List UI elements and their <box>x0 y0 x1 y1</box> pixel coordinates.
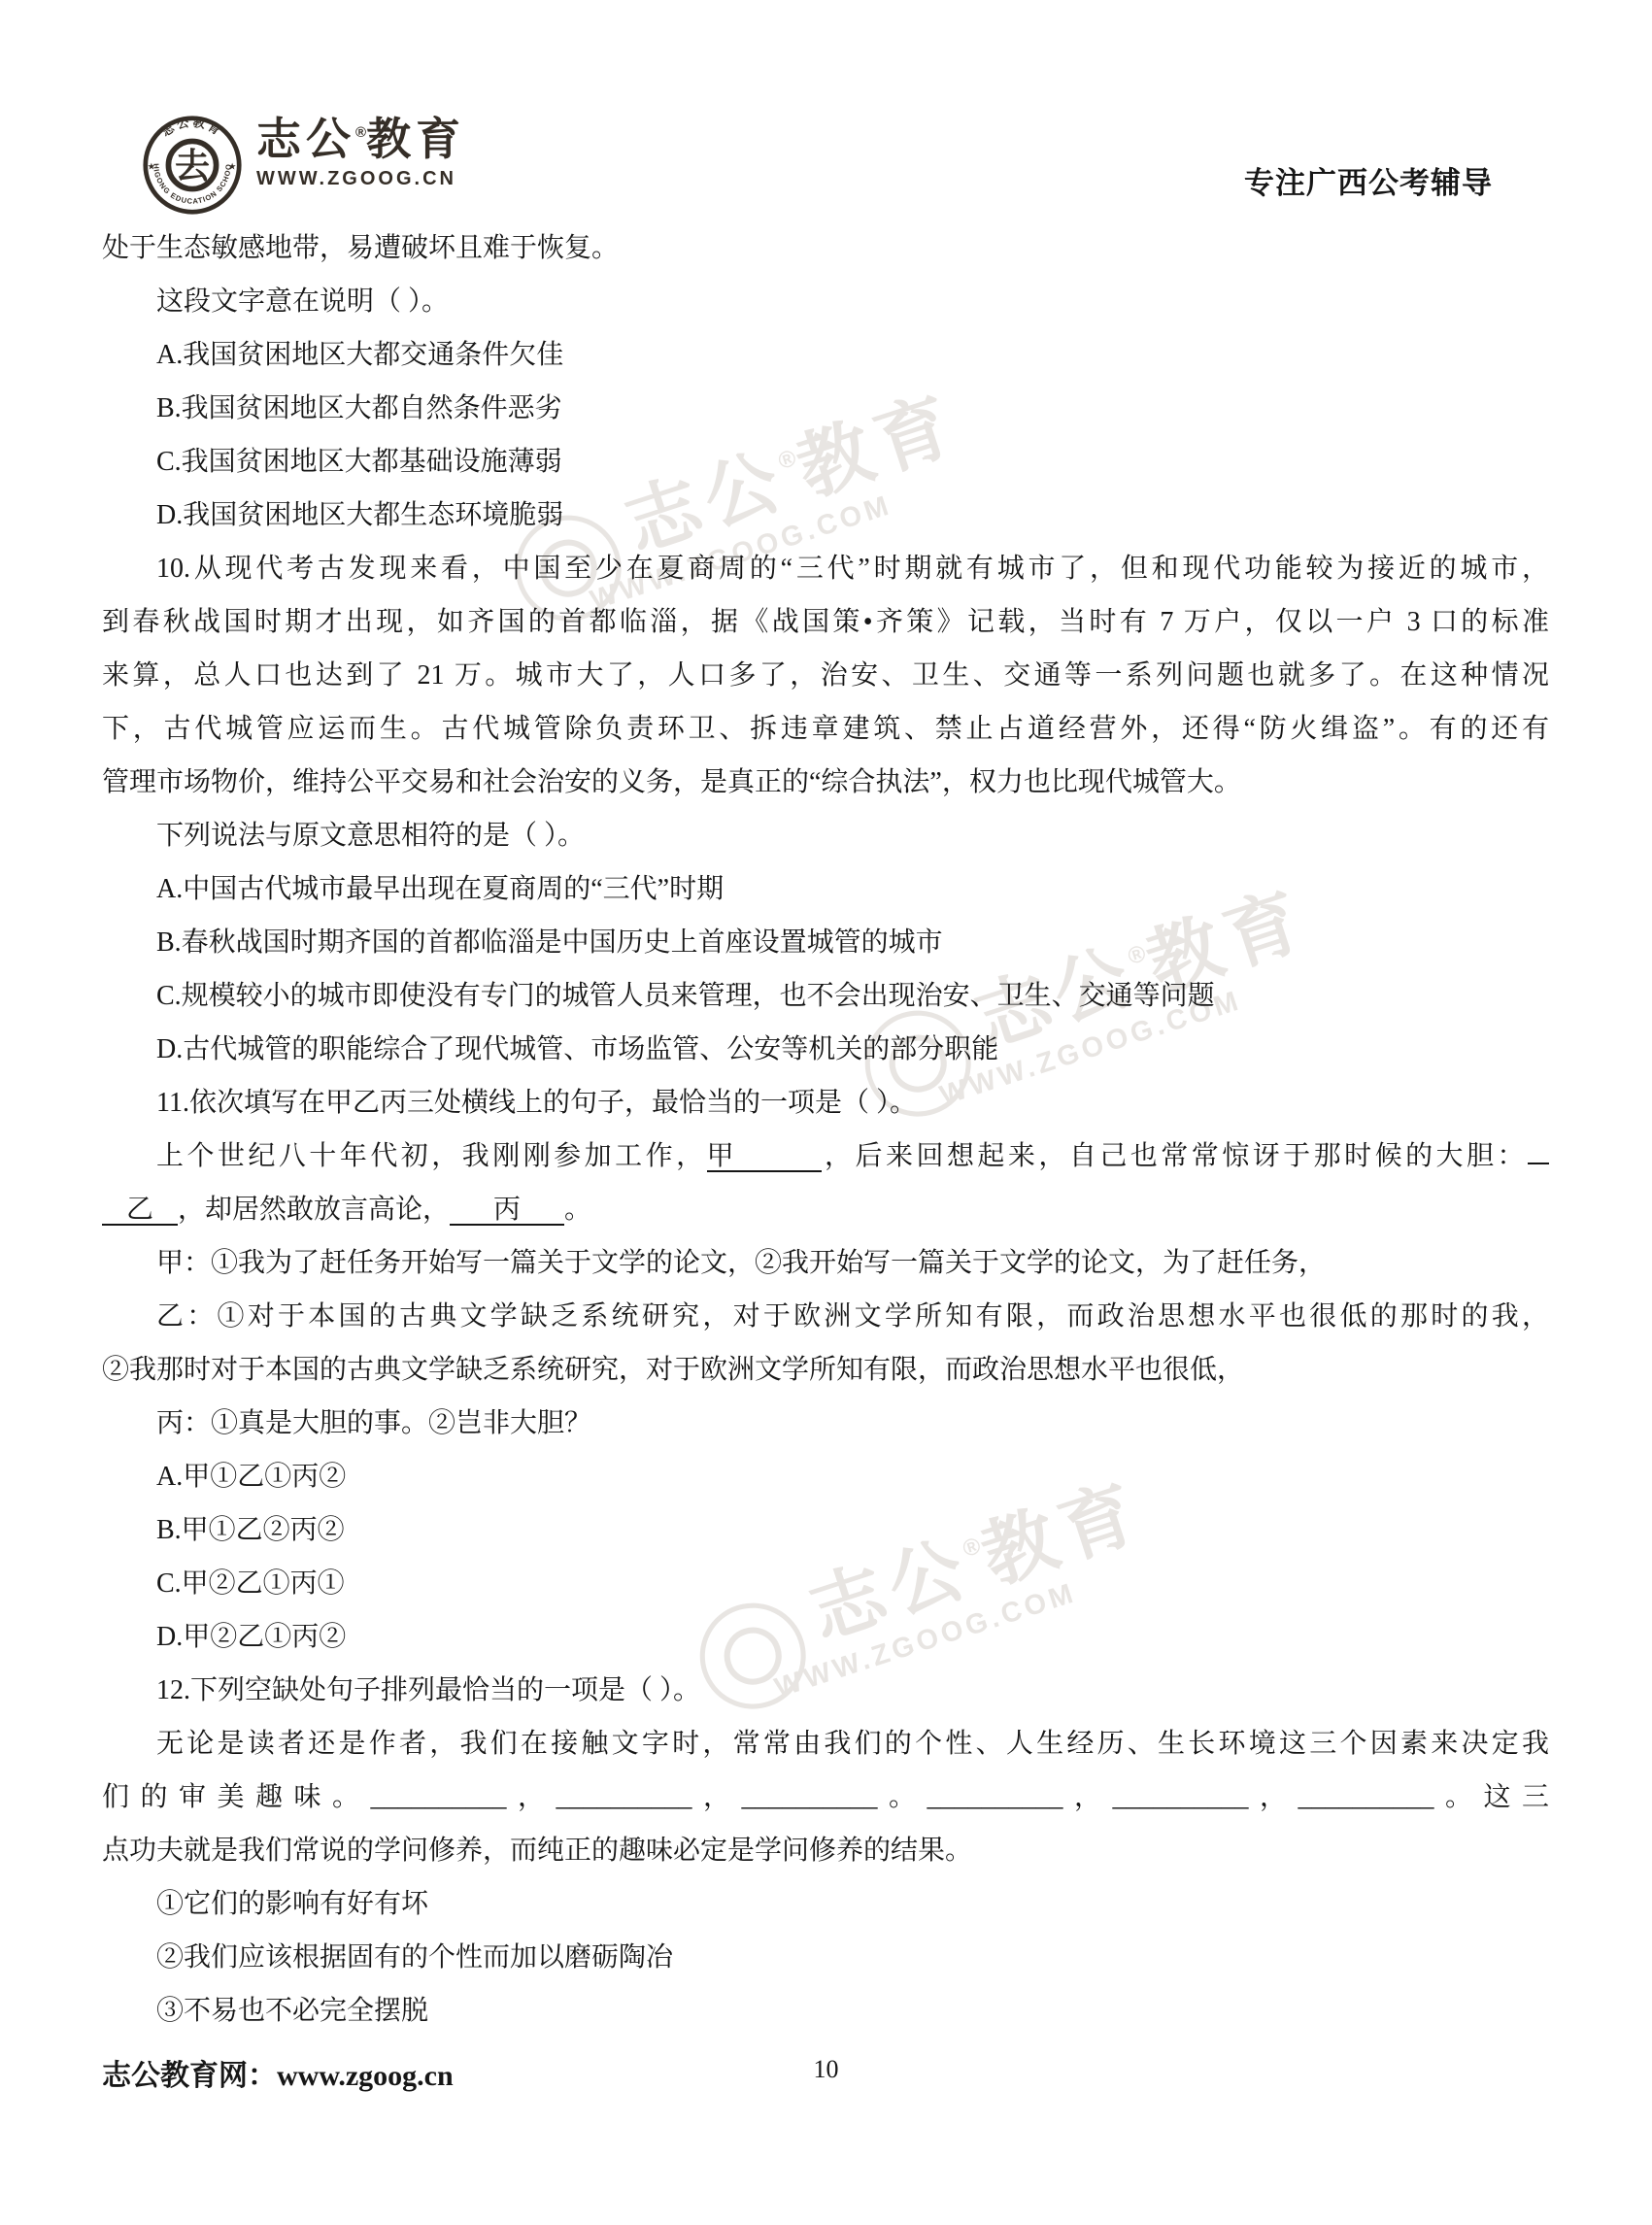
text-line: 10.从现代考古发现来看，中国至少在夏商周的“三代”时期就有城市了，但和现代功能… <box>102 542 1549 595</box>
body-lines: 处于生态敏感地带，易遭破坏且难于恢复。这段文字意在说明（ ）。A.我国贫困地区大… <box>102 221 1549 2038</box>
seal-star-icon: ★ <box>228 163 236 173</box>
text-line: A.我国贫困地区大都交通条件欠佳 <box>102 328 1549 382</box>
blank-underline: 乙 <box>102 1196 178 1226</box>
text-line: 无论是读者还是作者，我们在接触文字时，常常由我们的个性、人生经历、生长环境这三个… <box>102 1717 1549 1770</box>
brand-seal-icon: 志公教育 ZHIGONG EDUCATION SCHOOL ★ ★ 去 <box>142 115 243 216</box>
text-line: 下，古代城管应运而生。古代城管除负责环卫、拆违章建筑、禁止占道经营外，还得“防火… <box>102 702 1549 756</box>
text-line: 甲：①我为了赶任务开始写一篇关于文学的论文，②我开始写一篇关于文学的论文，为了赶… <box>102 1236 1549 1290</box>
blank-underline <box>1528 1163 1549 1164</box>
text-line: C.甲②乙①丙① <box>102 1557 1549 1610</box>
text-line: ③不易也不必完全摆脱 <box>102 1984 1549 2038</box>
text-line: 丙：①真是大胆的事。②岂非大胆？ <box>102 1397 1549 1450</box>
text-line: C.我国贫困地区大都基础设施薄弱 <box>102 435 1549 489</box>
text-line: D.甲②乙①丙② <box>102 1610 1549 1664</box>
text-line: 到春秋战国时期才出现，如齐国的首都临淄，据《战国策•齐策》记载，当时有 7 万户… <box>102 595 1549 649</box>
text-line: A.中国古代城市最早出现在夏商周的“三代”时期 <box>102 862 1549 916</box>
text-line: ①它们的影响有好有坏 <box>102 1877 1549 1931</box>
text-line: 处于生态敏感地带，易遭破坏且难于恢复。 <box>102 221 1549 275</box>
seal-center-glyph: 去 <box>175 146 210 185</box>
text-line: 11.依次填写在甲乙丙三处横线上的句子，最恰当的一项是（ ）。 <box>102 1076 1549 1129</box>
blank-underline: 丙 <box>450 1196 564 1226</box>
text-line: 们的审美趣味。__________，__________，__________。… <box>102 1770 1549 1824</box>
blank-underline: 甲 <box>707 1142 822 1172</box>
registered-icon: ® <box>355 124 366 141</box>
text-line: 点功夫就是我们常说的学问修养，而纯正的趣味必定是学问修养的结果。 <box>102 1824 1549 1877</box>
seal-star-icon: ★ <box>148 163 155 173</box>
header-tagline: 专注广西公考辅导 <box>1244 158 1493 202</box>
page-number: 10 <box>0 2055 1652 2084</box>
brand-logo: 志公®教育 WWW.ZGOOG.CN <box>256 115 465 190</box>
text-line: 乙：①对于本国的古典文学缺乏系统研究，对于欧洲文学所知有限，而政治思想水平也很低… <box>102 1290 1549 1343</box>
text-line: D.我国贫困地区大都生态环境脆弱 <box>102 489 1549 542</box>
text-line: 管理市场物价，维持公平交易和社会治安的义务，是真正的“综合执法”，权力也比现代城… <box>102 756 1549 809</box>
text-line: ②我们应该根据固有的个性而加以磨砺陶冶 <box>102 1931 1549 1984</box>
document-page: 志公®教育 WWW.ZGOOG.COM 志公®教育 WWW.ZGOOG.COM … <box>0 0 1652 2225</box>
text-line: A.甲①乙①丙② <box>102 1450 1549 1503</box>
text-line: 上个世纪八十年代初，我刚刚参加工作，甲，后来回想起来，自己也常常惊讶于那时候的大… <box>102 1129 1549 1183</box>
text-line: B.我国贫困地区大都自然条件恶劣 <box>102 382 1549 435</box>
text-line: 乙，却居然敢放言高论，丙。 <box>102 1183 1549 1236</box>
text-line: 下列说法与原文意思相符的是（ ）。 <box>102 809 1549 862</box>
text-line: B.甲①乙②丙② <box>102 1503 1549 1557</box>
text-line: D.古代城管的职能综合了现代城管、市场监管、公安等机关的部分职能 <box>102 1023 1549 1076</box>
text-line: C.规模较小的城市即使没有专门的城管人员来管理，也不会出现治安、卫生、交通等问题 <box>102 969 1549 1023</box>
text-line: 12.下列空缺处句子排列最恰当的一项是（ ）。 <box>102 1664 1549 1717</box>
text-line: ②我那时对于本国的古典文学缺乏系统研究，对于欧洲文学所知有限，而政治思想水平也很… <box>102 1343 1549 1397</box>
brand-name: 志公®教育 <box>256 115 465 164</box>
text-line: B.春秋战国时期齐国的首都临淄是中国历史上首座设置城管的城市 <box>102 916 1549 969</box>
text-line: 来算，总人口也达到了 21 万。城市大了，人口多了，治安、卫生、交通等一系列问题… <box>102 649 1549 702</box>
text-line: 这段文字意在说明（ ）。 <box>102 275 1549 328</box>
brand-url: WWW.ZGOOG.CN <box>256 168 465 190</box>
